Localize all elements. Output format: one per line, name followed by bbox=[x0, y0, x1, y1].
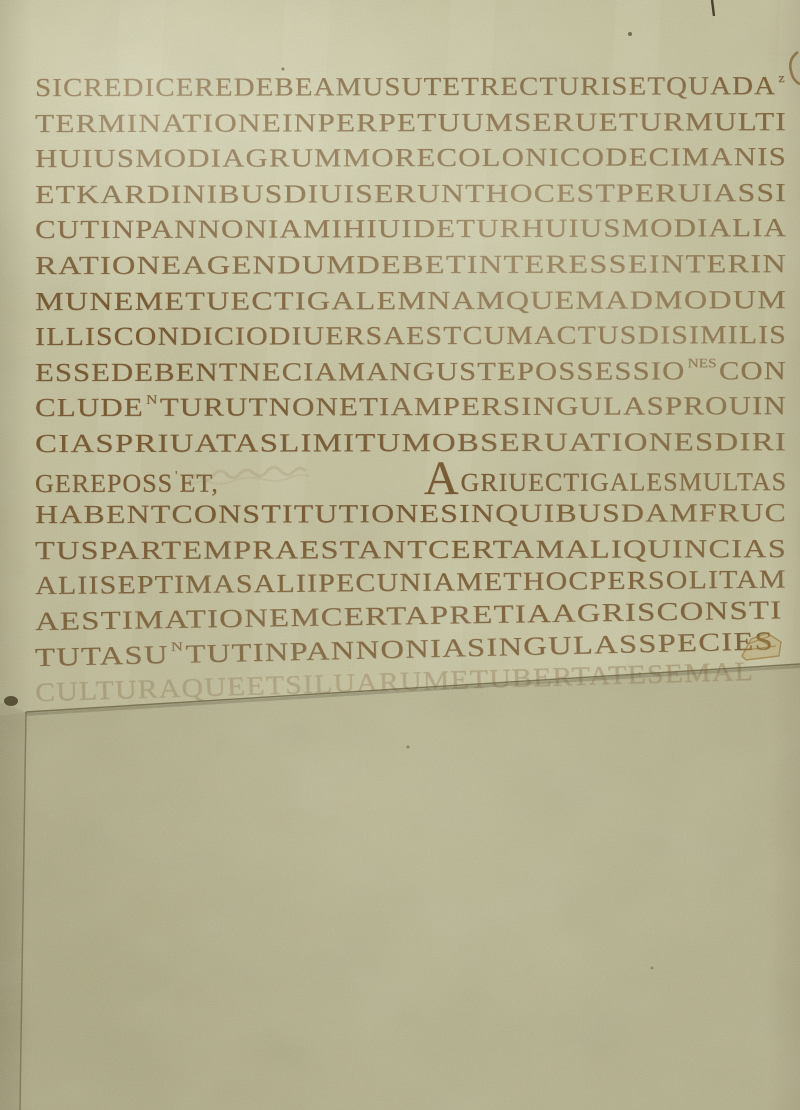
line-text: ETKARDINIBUSDIUISERUNTHOCESTPERUIASSI bbox=[35, 178, 787, 209]
superscript-abbreviation: z bbox=[778, 60, 785, 96]
text-line-1: SICREDICEREDEBEAMUSUTETRECTURISETQUADAz bbox=[35, 68, 787, 106]
line-text: CUTINPANNONIAMIHIUIDETURHUIUSMODIALIA bbox=[35, 213, 787, 244]
text-line-5: CUTINPANNONIAMIHIUIDETURHUIUSMODIALIA bbox=[35, 210, 787, 248]
line-text: ESSEDEBENTNECIAMANGUSTEPOSSESSIO bbox=[35, 356, 685, 387]
line-text: CIASPRIUATASLIMITUMOBSERUATIONESDIRI bbox=[35, 427, 787, 458]
enlarged-initial-A: A bbox=[424, 463, 460, 493]
line-text: ILLISCONDICIODIUERSAESTCUMACTUSDISIMILIS bbox=[35, 320, 787, 351]
line-text: TUSPARTEMPRAESTANTCERTAMALIQUINCIAS bbox=[35, 534, 787, 565]
text-line-4: ETKARDINIBUSDIUISERUNTHOCESTPERUIASSI bbox=[35, 175, 787, 213]
line-text: CLUDE bbox=[35, 393, 144, 422]
text-line-13: HABENTCONSTITUTIONESINQUIBUSDAMFRUC bbox=[35, 495, 787, 533]
manuscript-photo: SICREDICEREDEBEAMUSUTETRECTURISETQUADAz … bbox=[0, 0, 800, 1110]
superscript-abbreviation: N bbox=[171, 628, 184, 664]
line-text: TURUTNONETIAMPERSINGULASPROUIN bbox=[160, 391, 787, 422]
text-line-2: TERMINATIONEINPERPETUUMSERUETURMULTI bbox=[35, 104, 787, 142]
text-block: SICREDICEREDEBEAMUSUTETRECTURISETQUADAz … bbox=[35, 70, 787, 711]
superscript-abbreviation: NES bbox=[688, 345, 717, 381]
text-line-3: HUIUSMODIAGRUMMORECOLONICODECIMANIS bbox=[35, 139, 787, 177]
text-line-8: ILLISCONDICIODIUERSAESTCUMACTUSDISIMILIS bbox=[35, 317, 787, 355]
line-text: HABENTCONSTITUTIONESINQUIBUSDAMFRUC bbox=[35, 498, 787, 529]
line-text: CON bbox=[719, 356, 787, 385]
line-text: TERMINATIONEINPERPETUUMSERUETURMULTI bbox=[35, 107, 787, 138]
superscript-abbreviation: N bbox=[146, 382, 157, 418]
superscript-abbreviation: ' bbox=[175, 457, 177, 493]
line-text: AGRIUECTIGALESMULTAS bbox=[424, 460, 787, 501]
text-line-11: CIASPRIUATASLIMITUMOBSERUATIONESDIRI bbox=[35, 424, 787, 462]
text-line-7: MUNEMETUECTIGALEMNAMQUEMADMODUM bbox=[35, 282, 787, 320]
line-text: TUTASU bbox=[35, 639, 169, 671]
line-text: HUIUSMODIAGRUMMORECOLONICODECIMANIS bbox=[35, 142, 787, 173]
text-line-6: RATIONEAGENDUMDEBETINTERESSEINTERIN bbox=[35, 246, 787, 284]
text-line-10: CLUDENTURUTNONETIAMPERSINGULASPROUIN bbox=[35, 388, 787, 426]
text-line-12: GEREPOSS'ET, AGRIUECTIGALESMULTAS bbox=[35, 460, 787, 498]
line-text: MUNEMETUECTIGALEMNAMQUEMADMODUM bbox=[35, 285, 787, 316]
line-text: SICREDICEREDEBEAMUSUTETRECTURISETQUADA bbox=[35, 71, 776, 102]
line-text: RATIONEAGENDUMDEBETINTERESSEINTERIN bbox=[35, 249, 787, 280]
